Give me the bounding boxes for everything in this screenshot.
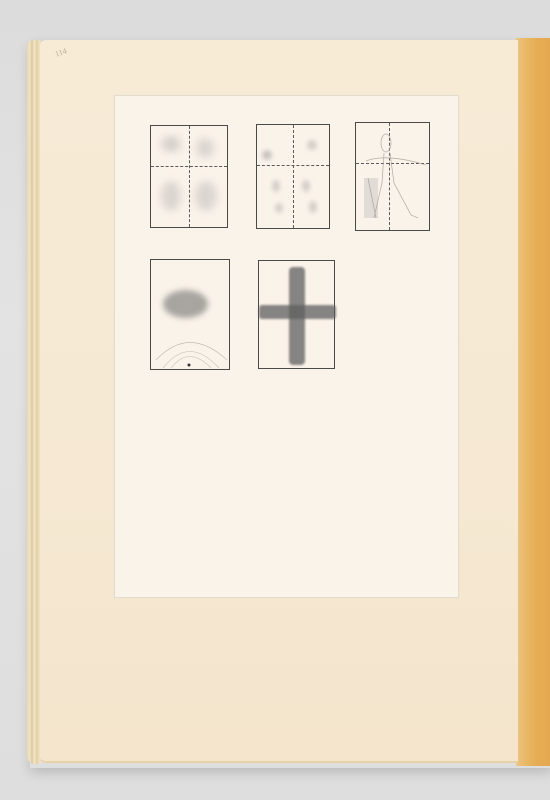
cover-edge <box>516 38 550 766</box>
figure-sketch <box>356 123 431 232</box>
panel-5 <box>258 260 335 369</box>
panel-3 <box>355 122 430 231</box>
drawing-sheet <box>114 95 459 598</box>
cross-horizontal <box>259 305 336 319</box>
panel-1 <box>150 125 228 228</box>
panel-4 <box>150 259 230 370</box>
arc-sketch <box>151 260 231 371</box>
panel-2 <box>256 124 330 229</box>
